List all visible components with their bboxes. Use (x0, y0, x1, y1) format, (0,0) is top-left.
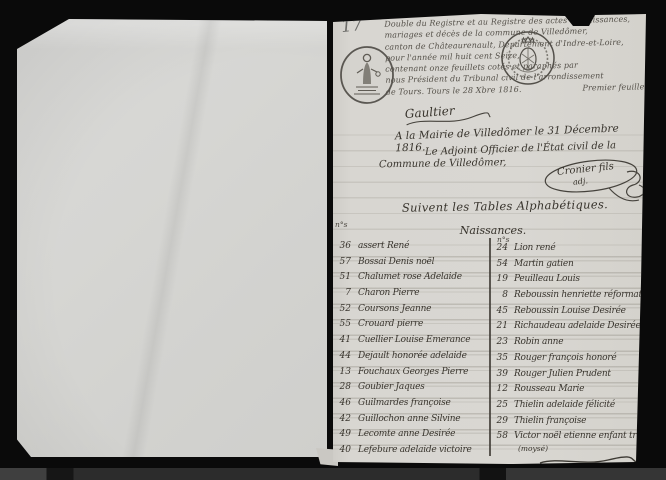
table-row: 23 Robin anne (493, 337, 647, 353)
births-table-title: Naissances. (441, 224, 545, 237)
table-row: 36 assert René (333, 241, 490, 257)
number-column-header-left: n°s (335, 220, 347, 229)
row-number: 13 (333, 367, 351, 377)
table-row: 40 Lefebure adelaide victoire (333, 445, 490, 461)
book-scan: 17 (0, 0, 666, 480)
table-row: 24 Lion rené (493, 243, 647, 259)
table-row: 19 Peuilleau Louis (493, 274, 647, 290)
row-name: assert René (358, 241, 409, 251)
table-row: 7 Charon Pierre (333, 288, 490, 304)
table-row: 13 Fouchaux Georges Pierre (333, 367, 490, 383)
table-row: 8 Reboussin henriette réformation (493, 290, 647, 306)
table-row: 39 Rouger Julien Prudent (493, 369, 647, 385)
mairie-heading-line3: Commune de Villedômer, (379, 157, 539, 171)
table-row: 28 Goubier Jaques (333, 382, 490, 398)
row-number: 40 (333, 445, 351, 455)
row-number: 54 (493, 259, 508, 269)
scanner-bed-strip (0, 468, 666, 480)
row-name: Martin gatien (514, 259, 574, 269)
row-name: Lion rené (514, 243, 555, 253)
row-name: Fouchaux Georges Pierre (358, 367, 468, 377)
note-date: de Tours. Tours le 28 Xbre 1816. (386, 84, 522, 98)
row-number: 52 (333, 304, 351, 314)
row-name: Rouger françois honoré (514, 353, 616, 363)
tables-section-title: Suivent les Tables Alphabétiques. (393, 197, 617, 215)
row-name: Charon Pierre (358, 288, 419, 298)
registry-note: Double du Registre et au Registre des ac… (384, 13, 648, 98)
table-row: 57 Bossai Denis noël (333, 257, 490, 273)
row-number: 19 (493, 274, 508, 284)
row-number: 55 (333, 319, 351, 329)
row-name: Robin anne (514, 337, 563, 347)
row-name: Chalumet rose Adelaide (358, 272, 462, 282)
president-signature: Gaultier (404, 101, 491, 128)
row-number: 51 (333, 272, 351, 282)
row-name: Thielin adelaide félicité (514, 400, 615, 410)
row-name: Rousseau Marie (514, 384, 584, 394)
page-number: 17 (340, 15, 364, 37)
row-number: 41 (333, 335, 351, 345)
row-number: 28 (333, 382, 351, 392)
row-number: 49 (333, 429, 351, 439)
row-number: 39 (493, 369, 508, 379)
row-name: Bossai Denis noël (358, 257, 434, 267)
births-column-right: 24 Lion rené 54 Martin gatien 19 Peuille… (493, 243, 647, 467)
row-number: 45 (493, 306, 508, 316)
row-name: Lecomte anne Desirée (358, 429, 455, 439)
row-number: 58 (493, 431, 508, 441)
row-name: Peuilleau Louis (514, 274, 580, 284)
row-number: 12 (493, 384, 508, 394)
table-row: 25 Thielin adelaide félicité (493, 400, 647, 416)
table-row: 35 Rouger françois honoré (493, 353, 647, 369)
row-number: 44 (333, 351, 351, 361)
table-row: 21 Richaudeau adelaide Desirée (493, 321, 647, 337)
row-footnote: (moysé) (518, 444, 647, 453)
page-crease (17, 19, 327, 457)
row-number: 7 (333, 288, 351, 298)
clerk-signature-sub: adj. (573, 176, 589, 187)
table-row: 52 Coursons Jeanne (333, 304, 490, 320)
row-name: Thielin françoise (514, 416, 586, 426)
row-number: 42 (333, 414, 351, 424)
row-number: 57 (333, 257, 351, 267)
table-row: 42 Guillochon anne Silvine (333, 414, 490, 430)
table-row: 46 Guilmardes françoise (333, 398, 490, 414)
first-sheet-label: Premier feuillet (582, 81, 647, 94)
table-row: 51 Chalumet rose Adelaide (333, 272, 490, 288)
left-blank-page (17, 19, 327, 457)
row-name: Reboussin henriette réformation (514, 290, 655, 300)
row-number: 25 (493, 400, 508, 410)
row-name: Victor noël etienne enfant trouvé (514, 431, 657, 441)
row-name: Goubier Jaques (358, 382, 425, 392)
row-name: Cuellier Louise Emerance (358, 335, 470, 345)
table-row: 41 Cuellier Louise Emerance (333, 335, 490, 351)
row-name: Guilmardes françoise (358, 398, 451, 408)
row-name: Coursons Jeanne (358, 304, 431, 314)
row-number: 35 (493, 353, 508, 363)
table-row: 45 Reboussin Louise Desirée (493, 306, 647, 322)
row-name: Crouard pierre (358, 319, 423, 329)
row-name: Guillochon anne Silvine (358, 414, 460, 424)
row-number: 21 (493, 321, 508, 331)
table-row: 54 Martin gatien (493, 259, 647, 275)
right-manuscript-page: 17 (333, 12, 647, 464)
table-row: 55 Crouard pierre (333, 319, 490, 335)
row-name: Lefebure adelaide victoire (358, 445, 472, 455)
row-name: Dejault honorée adelaide (358, 351, 467, 361)
row-number: 36 (333, 241, 351, 251)
births-column-left: 36 assert René 57 Bossai Denis noël 51 C… (333, 241, 490, 461)
row-name: Richaudeau adelaide Desirée (514, 321, 641, 331)
table-row: 12 Rousseau Marie (493, 384, 647, 400)
table-row: 49 Lecomte anne Desirée (333, 429, 490, 445)
row-number: 23 (493, 337, 508, 347)
row-number: 8 (493, 290, 508, 300)
table-row: 29 Thielin françoise (493, 416, 647, 432)
row-number: 24 (493, 243, 508, 253)
row-name: Reboussin Louise Desirée (514, 306, 626, 316)
end-flourish (538, 455, 638, 467)
row-name: Rouger Julien Prudent (514, 369, 611, 379)
row-number: 46 (333, 398, 351, 408)
row-number: 29 (493, 416, 508, 426)
table-row: 44 Dejault honorée adelaide (333, 351, 490, 367)
